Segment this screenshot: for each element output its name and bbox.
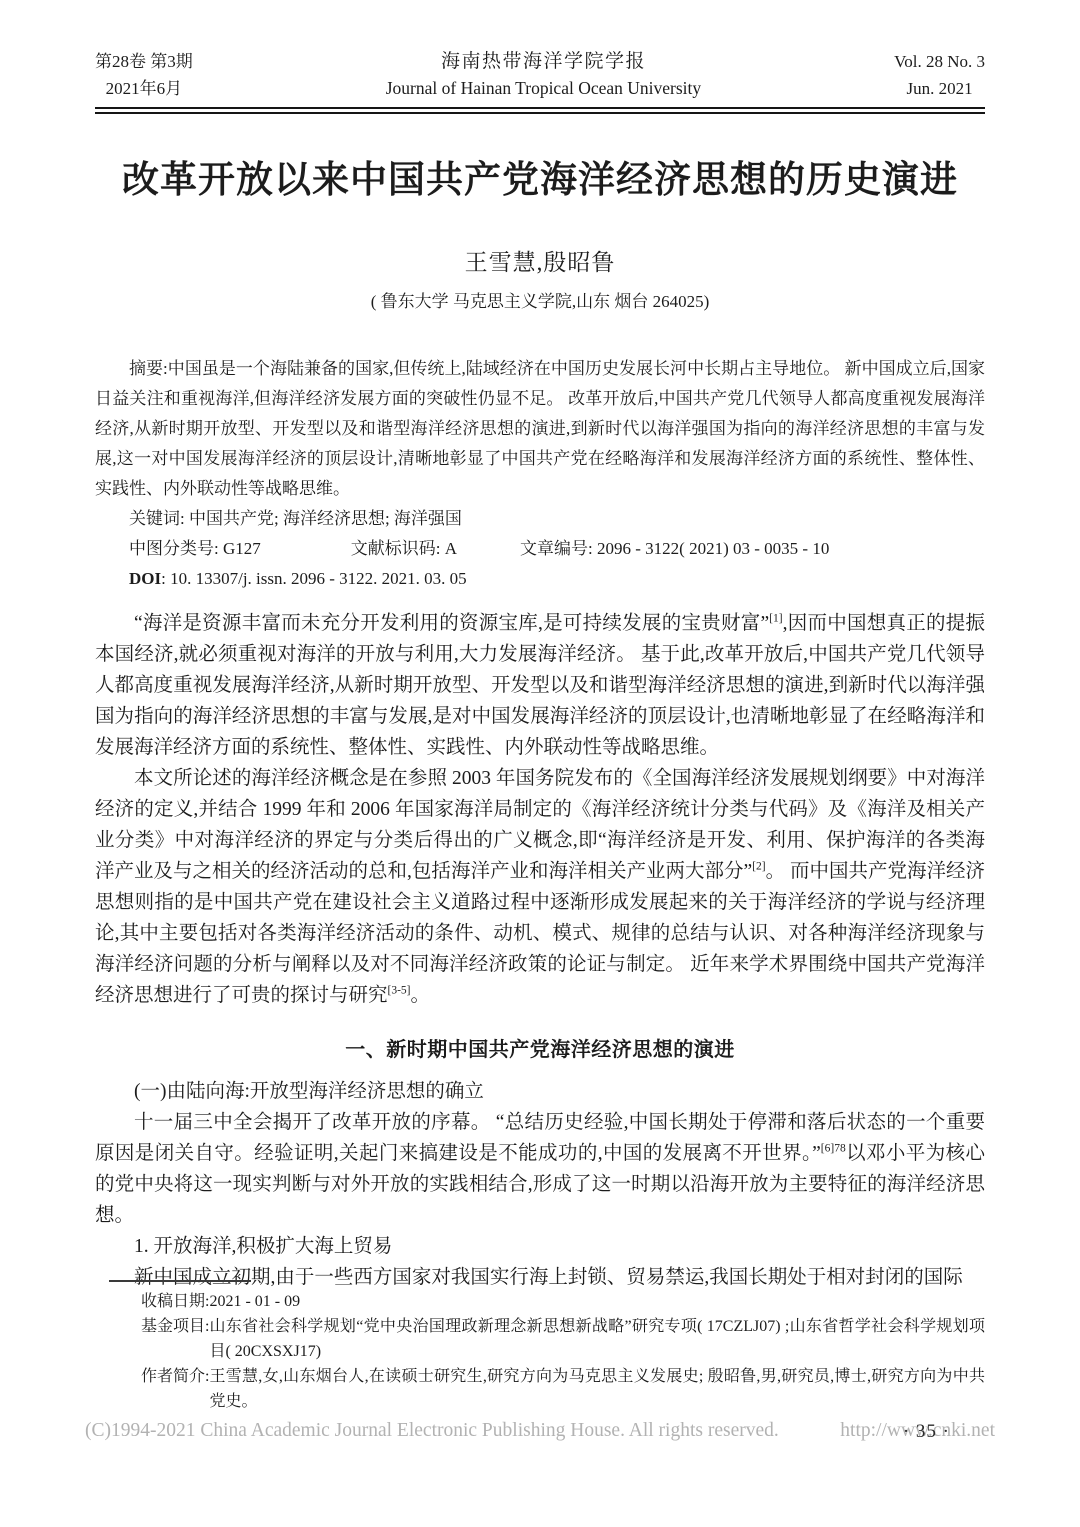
funding-label: 基金项目:	[141, 1314, 209, 1364]
para2-text-end: 。	[411, 985, 431, 1006]
author-bio-label: 作者简介:	[141, 1364, 209, 1414]
header-volume-en-block: Vol. 28 No. 3 Jun. 2021	[894, 48, 985, 102]
footnote-funding: 基金项目:山东省社会科学规划“党中央治国理政新理念新思想新战略”研究专项( 17…	[95, 1314, 985, 1364]
date-cn: 2021年6月	[95, 75, 193, 102]
doi-value: : 10. 13307/j. issn. 2096 - 3122. 2021. …	[161, 569, 467, 588]
abstract-paragraph: 摘要:中国虽是一个海陆兼备的国家,但传统上,陆域经济在中国历史发展长河中长期占主…	[95, 354, 985, 504]
header-divider-rule	[95, 107, 985, 114]
doi-label: DOI	[129, 569, 161, 588]
footnote-area: 收稿日期:2021 - 01 - 09 基金项目:山东省社会科学规划“党中央治国…	[95, 1280, 985, 1414]
clc-label: 中图分类号:	[129, 539, 219, 558]
body-paragraph-1: “海洋是资源丰富而未充分开发利用的资源宝库,是可持续发展的宝贵财富”[1],因而…	[95, 608, 985, 763]
doc-code-label: 文献标识码:	[351, 539, 441, 558]
abstract-label: 摘要:	[129, 359, 168, 378]
funding-value: 山东省社会科学规划“党中央治国理政新理念新思想新战略”研究专项( 17CZLJ0…	[209, 1314, 985, 1364]
document-code: 文献标识码: A	[351, 539, 457, 558]
watermark-footer: (C)1994-2021 China Academic Journal Elec…	[85, 1420, 995, 1442]
journal-name-cn: 海南热带海洋学院学报	[386, 48, 701, 75]
footnote-author-bio: 作者简介:王雪慧,女,山东烟台人,在读硕士研究生,研究方向为马克思主义发展史; …	[95, 1364, 985, 1414]
abstract-block: 摘要:中国虽是一个海陆兼备的国家,但传统上,陆域经济在中国历史发展长河中长期占主…	[95, 354, 985, 594]
keywords-text: 中国共产党; 海洋经济思想; 海洋强国	[189, 509, 462, 528]
copyright-text: (C)1994-2021 China Academic Journal Elec…	[85, 1420, 779, 1442]
journal-article-page: 第28卷 第3期 2021年6月 海南热带海洋学院学报 Journal of H…	[0, 0, 1080, 1527]
volume-issue-en: Vol. 28 No. 3	[894, 48, 985, 75]
volume-issue-cn: 第28卷 第3期	[95, 48, 193, 75]
received-date-value: 2021 - 01 - 09	[209, 1289, 985, 1314]
footnote-received-date: 收稿日期:2021 - 01 - 09	[95, 1289, 985, 1314]
article-id: 文章编号: 2096 - 3122( 2021) 03 - 0035 - 10	[520, 539, 829, 558]
author-bio-value: 王雪慧,女,山东烟台人,在读硕士研究生,研究方向为马克思主义发展史; 殷昭鲁,男…	[209, 1364, 985, 1414]
footnote-divider-rule	[109, 1280, 251, 1282]
body-paragraph-2: 本文所论述的海洋经济概念是在参照 2003 年国务院发布的《全国海洋经济发展规划…	[95, 763, 985, 1011]
article-authors: 王雪慧,殷昭鲁	[95, 244, 985, 277]
subsection-1-heading: (一)由陆向海:开放型海洋经济思想的确立	[95, 1076, 985, 1107]
keywords-line: 关键词: 中国共产党; 海洋经济思想; 海洋强国	[95, 504, 985, 534]
article-id-value: 2096 - 3122( 2021) 03 - 0035 - 10	[597, 539, 829, 558]
abstract-text: 中国虽是一个海陆兼备的国家,但传统上,陆域经济在中国历史发展长河中长期占主导地位…	[95, 359, 985, 498]
para2-text-cont: 。 而中国共产党海洋经济思想则指的是中国共产党在建设社会主义道路过程中逐渐形成发…	[95, 861, 985, 1006]
doc-code-value: A	[445, 539, 457, 558]
page-number: · 35 ·	[903, 1421, 950, 1443]
doi-line: DOI: 10. 13307/j. issn. 2096 - 3122. 202…	[95, 564, 985, 594]
article-title: 改革开放以来中国共产党海洋经济思想的历史演进	[95, 158, 985, 204]
para1-text-cont: ,因而中国想真正的提振本国经济,就必须重视对海洋的开放与利用,大力发展海洋经济。…	[95, 613, 985, 758]
point-1-heading: 1. 开放海洋,积极扩大海上贸易	[95, 1231, 985, 1262]
section-1-heading: 一、新时期中国共产党海洋经济思想的演进	[95, 1033, 985, 1062]
citation-2: [2]	[752, 861, 765, 873]
classification-line: 中图分类号: G127文献标识码: A文章编号: 2096 - 3122( 20…	[95, 534, 985, 564]
citation-1: [1]	[769, 613, 782, 625]
article-body: “海洋是资源丰富而未充分开发利用的资源宝库,是可持续发展的宝贵财富”[1],因而…	[95, 608, 985, 1293]
keywords-label: 关键词:	[129, 509, 185, 528]
article-id-label: 文章编号:	[520, 539, 593, 558]
header-volume-block: 第28卷 第3期 2021年6月	[95, 48, 193, 102]
citation-6: [6]78	[821, 1143, 846, 1155]
para1-text: “海洋是资源丰富而未充分开发利用的资源宝库,是可持续发展的宝贵财富”	[134, 613, 769, 634]
date-en: Jun. 2021	[894, 75, 985, 102]
page-content: 第28卷 第3期 2021年6月 海南热带海洋学院学报 Journal of H…	[0, 0, 1080, 1293]
article-affiliation: ( 鲁东大学 马克思主义学院,山东 烟台 264025)	[95, 287, 985, 312]
header-journal-name-block: 海南热带海洋学院学报 Journal of Hainan Tropical Oc…	[386, 48, 701, 102]
received-date-label: 收稿日期:	[141, 1289, 209, 1314]
clc-number: 中图分类号: G127	[129, 539, 261, 558]
body-paragraph-3: 十一届三中全会揭开了改革开放的序幕。 “总结历史经验,中国长期处于停滞和落后状态…	[95, 1107, 985, 1231]
journal-name-en: Journal of Hainan Tropical Ocean Univers…	[386, 75, 701, 102]
clc-value: G127	[223, 539, 261, 558]
citation-3-5: [3-5]	[388, 985, 411, 997]
journal-header: 第28卷 第3期 2021年6月 海南热带海洋学院学报 Journal of H…	[95, 48, 985, 102]
